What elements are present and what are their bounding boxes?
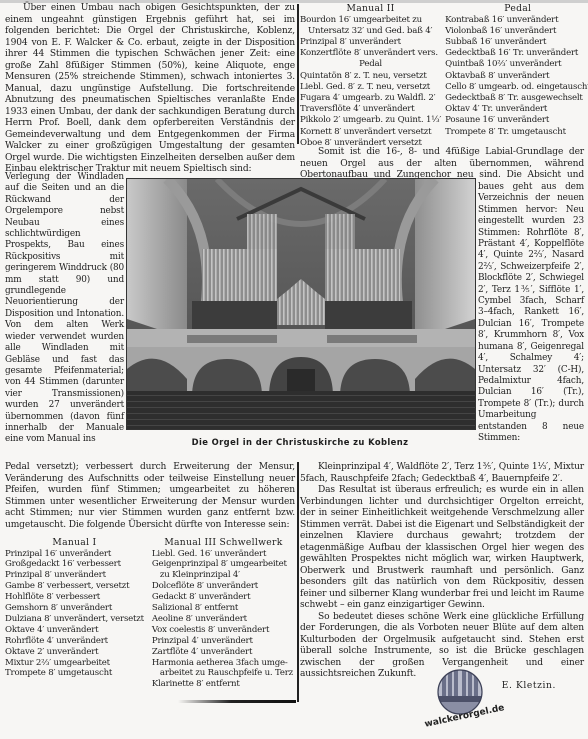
- pedal-list: Pedal Kontrabaß 16′ unverändert Violonba…: [445, 3, 588, 149]
- register-item: Subbaß 16′ unverändert: [445, 37, 588, 48]
- manual-3-list: Manual III Schwellwerk Liebl. Ged. 16′ u…: [152, 537, 295, 690]
- register-item: Prinzipal 16′ unverändert: [5, 549, 144, 560]
- register-item: Prinzipal 8′ unverändert: [5, 570, 144, 581]
- register-item: Gambe 8′ verbessert, versetzt: [5, 581, 144, 592]
- register-item: Harmonia aetherea 3fach umge-: [152, 658, 295, 669]
- register-item: Bourdon 16′ umgearbeitet zu: [300, 15, 441, 26]
- register-item: arbeitet zu Rauschpfeife u. Terz: [152, 668, 295, 679]
- register-item: Hohlflöte 8′ verbessert: [5, 592, 144, 603]
- register-item: Mixtur 2⅔′ umgearbeitet: [5, 658, 144, 669]
- register-item: Trompete 8′ Tr. umgetauscht: [445, 127, 588, 138]
- register-item: Prinzipal 8′ unverändert: [300, 37, 441, 48]
- register-item: Violonbaß 16′ unverändert: [445, 26, 588, 37]
- column-divider-top: [297, 4, 299, 144]
- register-item: Untersatz 32′ und Ged. baß 4′: [300, 26, 441, 37]
- register-item: Prinzipal 4′ unverändert: [152, 636, 295, 647]
- end-rule: [178, 700, 296, 703]
- manual-2-title: Manual II: [300, 3, 441, 15]
- register-item: Oktav 4′ Tr. unverändert: [445, 104, 588, 115]
- register-item: zu Kleinprinzipal 4′: [152, 570, 295, 581]
- register-item: Pikkolo 2′ umgearb. zu Quint. 1⅓′: [300, 115, 441, 126]
- manual-1-title: Manual I: [5, 537, 144, 549]
- register-item: Großgedackt 16′ verbessert: [5, 559, 144, 570]
- converted-stops-paragraph: Kleinprinzipal 4′, Waldflöte 2′, Terz 1⅗…: [300, 462, 584, 485]
- new-stops-paragraph: baues geht aus dem Verzeichnis der neuen…: [478, 182, 584, 444]
- register-item: Liebl. Ged. 8′ z. T. neu, versetzt: [300, 82, 441, 93]
- manual-2-list: Manual II Bourdon 16′ umgearbeitet zu Un…: [300, 3, 441, 149]
- register-item: Trompete 8′ umgetauscht: [5, 668, 144, 679]
- register-item: Liebl. Ged. 16′ unverändert: [152, 549, 295, 560]
- register-item: Quintbaß 10⅔′ unverändert: [445, 59, 588, 70]
- register-item: Salizional 8′ entfernt: [152, 603, 295, 614]
- renovation-paragraph: Verlegung der Windladen auf die Seiten u…: [5, 172, 124, 446]
- organ-photo: [126, 178, 476, 430]
- register-item: Gedecktbaß 8′ Tr. ausgewechselt: [445, 93, 588, 104]
- register-item: Kornett 8′ unverändert versetzt: [300, 127, 441, 138]
- register-item: Posaune 16′ unverändert: [445, 115, 588, 126]
- organ-photo-illustration: [127, 179, 475, 429]
- register-item: Gemshorn 8′ unverändert: [5, 603, 144, 614]
- pedal-title: Pedal: [445, 3, 588, 15]
- intro-paragraph: Über einen Umbau nach obigen Gesichtspun…: [5, 3, 295, 176]
- register-item: Zartflöte 4′ unverändert: [152, 647, 295, 658]
- register-item: Oktave 4′ unverändert: [5, 625, 144, 636]
- register-item: Dulziana 8′ unverändert, versetzt: [5, 614, 144, 625]
- register-item: Konzertflöte 8′ unverändert vers.: [300, 48, 441, 59]
- register-item: Aeoline 8′ unverändert: [152, 614, 295, 625]
- result-paragraph: Das Resultat ist überaus erfreulich; es …: [300, 485, 584, 612]
- register-item: Dolceflöte 8′ unverändert: [152, 581, 295, 592]
- walckerorgel-logo: walckerorgel.de: [420, 662, 500, 734]
- manual-3-title: Manual III Schwellwerk: [152, 537, 295, 549]
- register-item: Gedecktbaß 16′ Tr. unverändert: [445, 48, 588, 59]
- register-table-top: Manual II Bourdon 16′ umgearbeitet zu Un…: [300, 3, 584, 149]
- register-item: Geigenprinzipal 8′ umgearbeitet: [152, 559, 295, 570]
- register-item: Klarinette 8′ entfernt: [152, 679, 295, 690]
- right-bottom-text: Kleinprinzipal 4′, Waldflöte 2′, Terz 1⅗…: [300, 462, 584, 692]
- figure-caption: Die Orgel in der Christuskirche zu Koble…: [126, 437, 474, 447]
- register-item: Cello 8′ umgearb. od. eingetauscht: [445, 82, 588, 93]
- register-table-bottom: Manual I Prinzipal 16′ unverändert Großg…: [5, 537, 295, 690]
- register-item: Vox coelestis 8′ unverändert: [152, 625, 295, 636]
- changes-paragraph: Pedal versetzt); verbessert durch Erweit…: [5, 462, 295, 531]
- column-divider-bottom: [297, 462, 299, 702]
- document-page: Über einen Umbau nach obigen Gesichtspun…: [0, 0, 588, 739]
- register-item: Gedackt 8′ unverändert: [152, 592, 295, 603]
- register-item: Kontrabaß 16′ unverändert: [445, 15, 588, 26]
- register-item: Fugara 4′ umgearb. zu Waldfl. 2′: [300, 93, 441, 104]
- manual-1-list: Manual I Prinzipal 16′ unverändert Großg…: [5, 537, 144, 690]
- register-item: Oktavbaß 8′ unverändert: [445, 71, 588, 82]
- register-subhead: Pedal: [300, 59, 441, 70]
- register-item: Traversflöte 4′ unverändert: [300, 104, 441, 115]
- register-item: Oktave 2′ unverändert: [5, 647, 144, 658]
- register-item: Quintatön 8′ z. T. neu, versetzt: [300, 71, 441, 82]
- register-item: Rohrflöte 4′ unverändert: [5, 636, 144, 647]
